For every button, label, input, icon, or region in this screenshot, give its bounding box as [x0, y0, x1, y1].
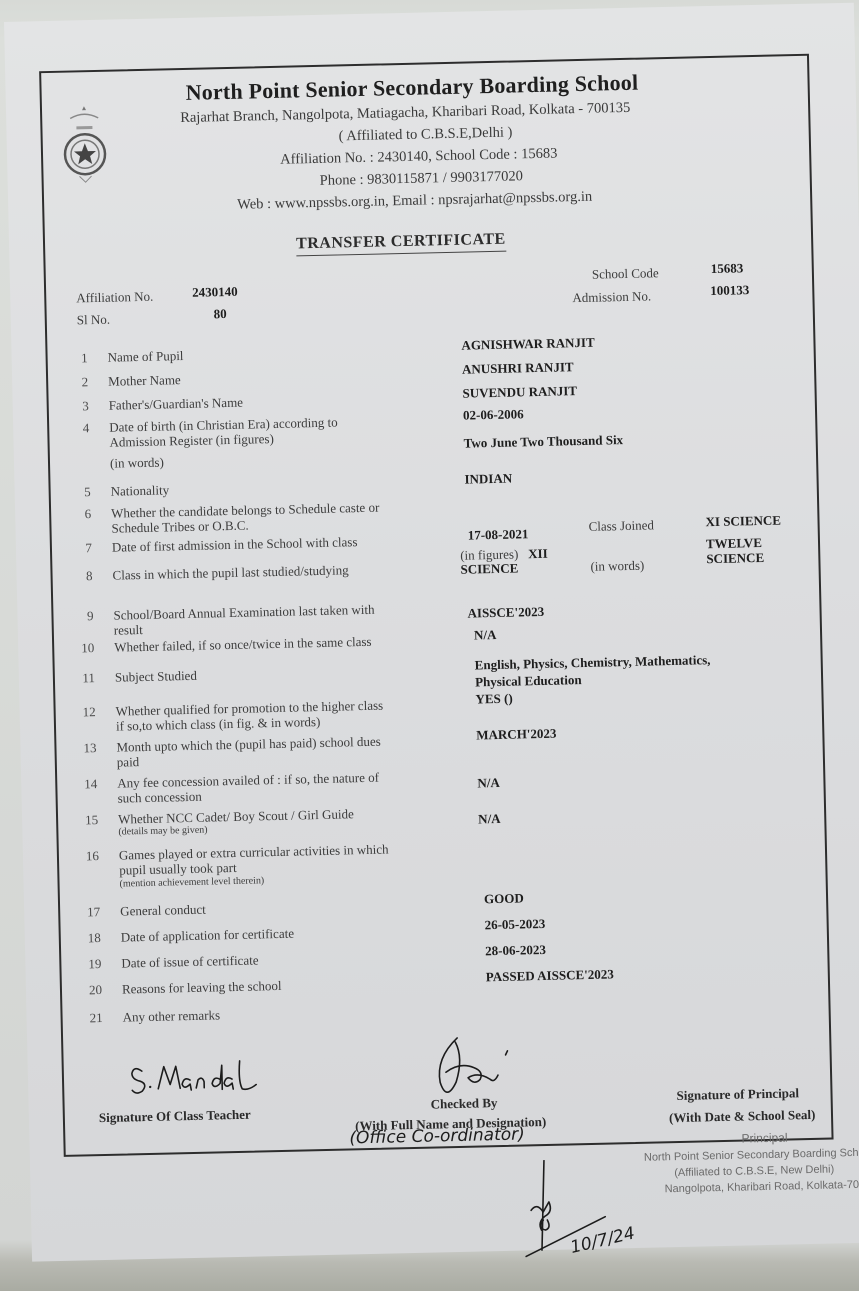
- class-teacher-signature-icon: [128, 1056, 269, 1099]
- field-value: INDIAN: [464, 471, 512, 488]
- field-number: 6: [71, 506, 91, 522]
- field-value: N/A: [474, 627, 497, 644]
- field-number: 3: [69, 398, 89, 414]
- field-number: 2: [68, 374, 88, 390]
- field-label-line2: (details may be given): [118, 825, 207, 838]
- sl-no-label: Sl No.: [77, 312, 111, 329]
- field-extra-label: (in words): [590, 558, 644, 575]
- field-value: GOOD: [484, 890, 524, 907]
- field-number: 15: [78, 812, 98, 828]
- affiliation-value: 2430140: [192, 284, 238, 301]
- field-label: Nationality: [111, 482, 170, 499]
- field-label-line2: paid: [117, 754, 140, 771]
- field-number: 10: [74, 640, 94, 656]
- field-value: 02-06-2006: [463, 406, 524, 423]
- field-number: 14: [77, 776, 97, 792]
- field-label-line3: (in words): [110, 454, 164, 471]
- field-number: 17: [80, 904, 100, 920]
- field-label: Mother Name: [108, 372, 181, 390]
- sl-no-value: 80: [214, 306, 227, 322]
- field-extra-label: Class Joined: [588, 517, 654, 534]
- field-value-line2: SCIENCE: [460, 560, 518, 577]
- field-number: 21: [82, 1010, 102, 1026]
- field-number: 13: [76, 740, 96, 756]
- field-number: 18: [81, 930, 101, 946]
- field-label: Any other remarks: [122, 1007, 220, 1025]
- field-label-line2: such concession: [117, 789, 201, 807]
- school-code-value: 15683: [711, 260, 744, 277]
- field-label: Name of Pupil: [107, 348, 183, 366]
- school-crest-star-icon: [56, 102, 114, 185]
- field-label: Father's/Guardian's Name: [109, 395, 244, 414]
- field-value: N/A: [478, 811, 501, 828]
- field-label: Subject Studied: [115, 668, 197, 686]
- field-label-line2: result: [114, 622, 143, 639]
- field-number: 19: [81, 956, 101, 972]
- field-number: 1: [67, 350, 87, 366]
- field-value: MARCH'2023: [476, 726, 557, 744]
- field-extra-value: XI SCIENCE: [705, 513, 781, 531]
- certificate-sheet: North Point Senior Secondary Boarding Sc…: [4, 3, 859, 1262]
- field-extra-value-line2: SCIENCE: [706, 550, 764, 567]
- field-value: 28-06-2023: [485, 942, 546, 959]
- field-value: N/A: [477, 775, 500, 792]
- school-code-label: School Code: [592, 265, 659, 283]
- checked-by-label: Checked By: [430, 1095, 497, 1113]
- seal-school-name: North Point Senior Secondary Boarding Sc…: [644, 1147, 859, 1164]
- seal-principal: Principal: [741, 1131, 787, 1146]
- principal-signature-sublabel: (With Date & School Seal): [669, 1107, 816, 1126]
- field-value: AISSCE'2023: [467, 604, 544, 622]
- field-label-line2: Schedule Tribes or O.B.C.: [111, 518, 249, 537]
- field-value: XII: [528, 546, 548, 562]
- field-value: 26-05-2023: [484, 916, 545, 933]
- admission-no-label: Admission No.: [572, 288, 651, 306]
- field-number: 7: [72, 540, 92, 556]
- certificate-fields: 1Name of PupilAGNISHWAR RANJIT2Mother Na…: [4, 3, 854, 22]
- field-value: ANUSHRI RANJIT: [462, 359, 574, 378]
- field-value: SUVENDU RANJIT: [462, 383, 577, 402]
- admission-no-value: 100133: [710, 282, 749, 299]
- field-label: General conduct: [120, 902, 206, 920]
- field-value-line2: Physical Education: [475, 672, 582, 690]
- seal-address: Nangolpota, Kharibari Road, Kolkata-7001…: [665, 1178, 859, 1195]
- field-number: 11: [75, 670, 95, 686]
- field-value: 17-08-2021: [468, 526, 529, 543]
- field-number: 9: [73, 608, 93, 624]
- field-number: 8: [72, 568, 92, 584]
- seal-affiliation: (Affiliated to C.B.S.E, New Delhi): [674, 1163, 834, 1179]
- affiliation-label: Affiliation No.: [76, 289, 153, 307]
- field-number: 20: [82, 982, 102, 998]
- field-number: 16: [79, 848, 99, 864]
- field-number: 4: [69, 420, 89, 436]
- field-number: 5: [71, 484, 91, 500]
- field-value: YES (): [475, 691, 513, 708]
- field-label: Date of issue of certificate: [121, 952, 258, 971]
- field-number: 12: [76, 704, 96, 720]
- field-value: PASSED AISSCE'2023: [486, 966, 614, 985]
- checked-by-handwriting: (Office Co-ordinator): [349, 1124, 525, 1148]
- principal-signature-label: Signature of Principal: [676, 1085, 799, 1104]
- field-value: AGNISHWAR RANJIT: [461, 335, 595, 354]
